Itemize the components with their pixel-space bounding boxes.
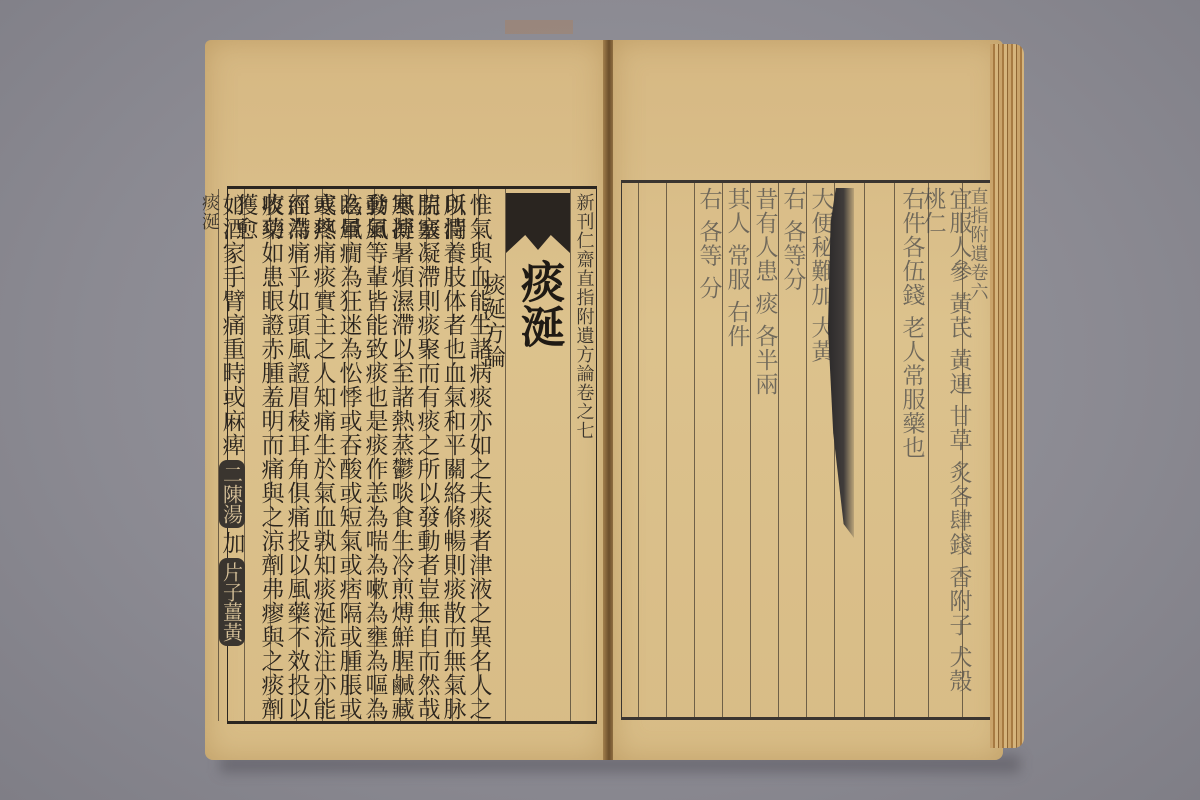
heading-column: 痰涎 xyxy=(505,189,570,721)
library-tag xyxy=(505,20,573,34)
volume-title: 新刊仁齋直指附遺方論卷之七 xyxy=(571,193,597,440)
text-column: 昔有人患 痰 各半兩 xyxy=(750,183,778,717)
right-page: 直指附遺卷六 宜服人參 黃芪 黃連 甘草 炙各肆錢 香附子 犬殼 桃仁 右件各伍… xyxy=(613,40,1003,760)
text-column: 右件各伍錢 老人常服藥也 xyxy=(894,183,928,717)
text-column: 右 各等 分 xyxy=(694,183,722,717)
left-print-frame: 新刊仁齋直指附遺方論卷之七 痰涎 痰涎方論 惟氣與血能生諸病痰亦如之夫痰者津液之… xyxy=(227,186,597,724)
left-text-columns: 新刊仁齋直指附遺方論卷之七 痰涎 痰涎方論 惟氣與血能生諸病痰亦如之夫痰者津液之… xyxy=(228,189,596,721)
ornament-icon xyxy=(506,193,570,253)
title-column: 新刊仁齋直指附遺方論卷之七 xyxy=(570,189,596,721)
right-page-edges xyxy=(990,44,1024,748)
herb-label: 二陳湯 xyxy=(219,460,245,528)
margin-column: 痰涎 xyxy=(200,189,218,721)
blank-column xyxy=(638,183,666,717)
margin-text: 痰涎 xyxy=(196,193,222,231)
text-column: 如酒家手臂痛重時或麻痺 二陳湯 加 片子薑黃 xyxy=(218,189,244,721)
text-column: 右 各等分 xyxy=(778,183,806,717)
text-column: 收功如患眼證赤腫羞明而痛與之涼劑弗瘳與之痰劑獲愈 xyxy=(244,189,270,721)
blank-column xyxy=(666,183,694,717)
text-column: 宜服人參 黃芪 黃連 甘草 炙各肆錢 香附子 犬殼 桃仁 xyxy=(928,183,962,717)
right-text-columns: 直指附遺卷六 宜服人參 黃芪 黃連 甘草 炙各肆錢 香附子 犬殼 桃仁 右件各伍… xyxy=(622,183,992,717)
chapter-heading: 痰涎 xyxy=(513,259,563,349)
right-print-frame: 直指附遺卷六 宜服人參 黃芪 黃連 甘草 炙各肆錢 香附子 犬殼 桃仁 右件各伍… xyxy=(621,180,993,720)
blank-column xyxy=(864,183,894,717)
text-column: 其人 常服 右件 xyxy=(722,183,750,717)
open-book: 新刊仁齋直指附遺方論卷之七 痰涎 痰涎方論 惟氣與血能生諸病痰亦如之夫痰者津液之… xyxy=(205,40,1030,765)
herb-label: 片子薑黃 xyxy=(219,558,245,646)
left-page: 新刊仁齋直指附遺方論卷之七 痰涎 痰涎方論 惟氣與血能生諸病痰亦如之夫痰者津液之… xyxy=(205,40,605,760)
